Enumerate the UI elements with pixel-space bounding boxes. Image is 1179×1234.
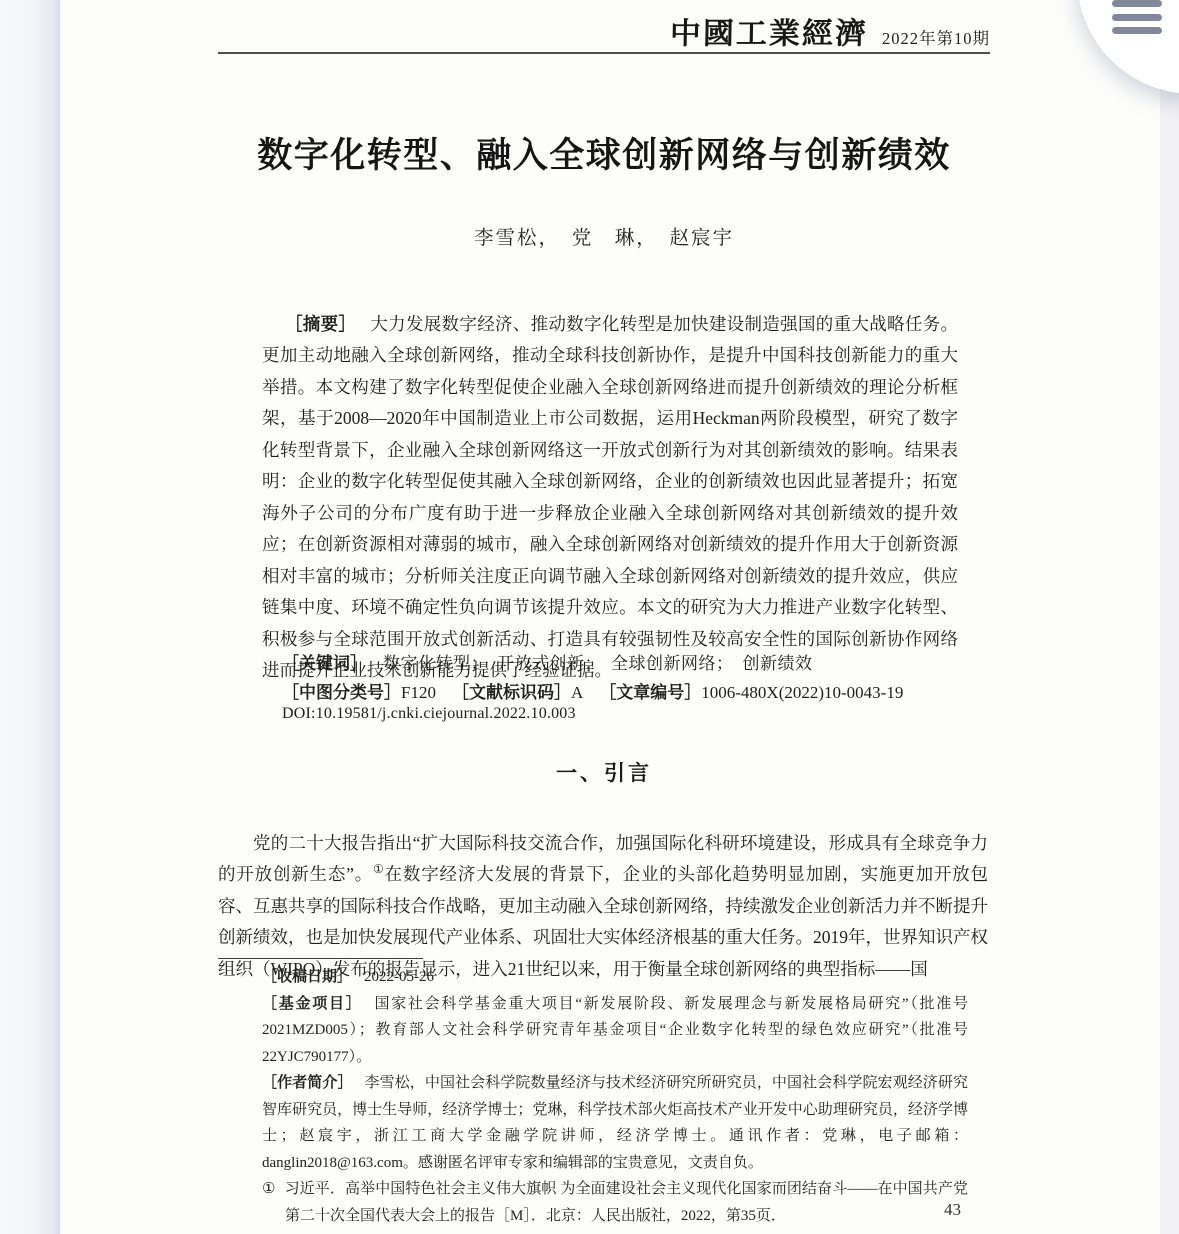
funding-text: 国家社会科学基金重大项目“新发展阶段、新发展理念与新发展格局研究”（批准号 20… xyxy=(262,996,968,1065)
journal-logo: 中國工業經濟 xyxy=(670,9,869,52)
clc-value: F120 xyxy=(401,683,436,702)
reference-footnote-marker: ① xyxy=(262,1181,276,1197)
doc-code-label: ［文献标识码］ xyxy=(452,683,571,702)
page-number: 43 xyxy=(944,1200,961,1220)
funding-label: ［基金项目］ xyxy=(262,996,362,1012)
article-title: 数字化转型、融入全球创新网络与创新绩效 xyxy=(218,128,990,178)
intro-paragraph: 党的二十大报告指出“扩大国际科技交流合作，加强国际化科研环境建设，形成具有全球竞… xyxy=(218,828,988,986)
hamburger-bar xyxy=(1112,0,1162,7)
article-id-label: ［文章编号］ xyxy=(599,683,701,702)
page-content: 中國工業經濟2022年第10期 数字化转型、融入全球创新网络与创新绩效 李雪松，… xyxy=(218,0,990,1234)
keywords-line: ［关键词］数字化转型； 开放式创新； 全球创新网络； 创新绩效 xyxy=(282,649,813,674)
hamburger-bar xyxy=(1112,14,1162,21)
article-authors: 李雪松， 党 琳， 赵宸宇 xyxy=(218,222,990,250)
keywords-label: ［关键词］ xyxy=(282,654,367,673)
author-bio-text: 李雪松，中国社会科学院数量经济与技术经济研究所研究员，中国社会科学院宏观经济研究… xyxy=(262,1075,968,1171)
reference-footnote-text: 习近平．高举中国特色社会主义伟大旗帜 为全面建设社会主义现代化国家而团结奋斗——… xyxy=(285,1181,968,1224)
funding-line: ［基金项目］国家社会科学基金重大项目“新发展阶段、新发展理念与新发展格局研究”（… xyxy=(262,991,968,1071)
abstract-paragraph: ［摘要］大力发展数字经济、推动数字化转型是加快建设制造强国的重大战略任务。更加主… xyxy=(262,309,958,687)
doc-code-value: A xyxy=(571,683,583,702)
viewer-right-margin xyxy=(1159,0,1179,1234)
section-heading: 一、引言 xyxy=(218,757,990,787)
received-date-value: 2022-05-26 xyxy=(364,969,434,985)
footnote-marker-sup: ① xyxy=(373,862,385,876)
received-date-label: ［收稿日期］ xyxy=(262,969,352,985)
abstract-text: 大力发展数字经济、推动数字化转型是加快建设制造强国的重大战略任务。更加主动地融入… xyxy=(262,314,958,681)
author-bio-label: ［作者简介］ xyxy=(262,1075,353,1091)
issue-label: 2022年第10期 xyxy=(882,29,990,48)
author-bio-line: ［作者简介］李雪松，中国社会科学院数量经济与技术经济研究所研究员，中国社会科学院… xyxy=(262,1070,968,1176)
header-divider xyxy=(218,52,990,54)
doc-code-pair: ［文献标识码］A xyxy=(452,683,583,702)
hamburger-bar xyxy=(1112,27,1162,34)
footnote-divider xyxy=(218,958,423,959)
reference-footnote: ①习近平．高举中国特色社会主义伟大旗帜 为全面建设社会主义现代化国家而团结奋斗—… xyxy=(262,1176,968,1229)
clc-label: ［中图分类号］ xyxy=(282,683,401,702)
footnote-block: ［收稿日期］2022-05-26 ［基金项目］国家社会科学基金重大项目“新发展阶… xyxy=(262,964,968,1229)
viewer-left-margin xyxy=(0,0,60,1234)
classification-line: ［中图分类号］F120［文献标识码］A［文章编号］1006-480X(2022)… xyxy=(282,678,919,703)
doi-line: DOI:10.19581/j.cnki.ciejournal.2022.10.0… xyxy=(282,705,576,723)
journal-header: 中國工業經濟2022年第10期 xyxy=(218,8,990,53)
abstract-label: ［摘要］ xyxy=(285,314,356,334)
article-id-pair: ［文章编号］1006-480X(2022)10-0043-19 xyxy=(599,683,903,702)
article-id-value: 1006-480X(2022)10-0043-19 xyxy=(701,683,903,702)
received-date-line: ［收稿日期］2022-05-26 xyxy=(262,964,968,991)
hamburger-menu-icon[interactable] xyxy=(1112,0,1162,34)
document-viewer: 中國工業經濟2022年第10期 数字化转型、融入全球创新网络与创新绩效 李雪松，… xyxy=(0,0,1179,1234)
keywords-text: 数字化转型； 开放式创新； 全球创新网络； 创新绩效 xyxy=(383,654,813,673)
journal-page: 中國工業經濟2022年第10期 数字化转型、融入全球创新网络与创新绩效 李雪松，… xyxy=(60,0,1160,1234)
clc-pair: ［中图分类号］F120 xyxy=(282,683,436,702)
